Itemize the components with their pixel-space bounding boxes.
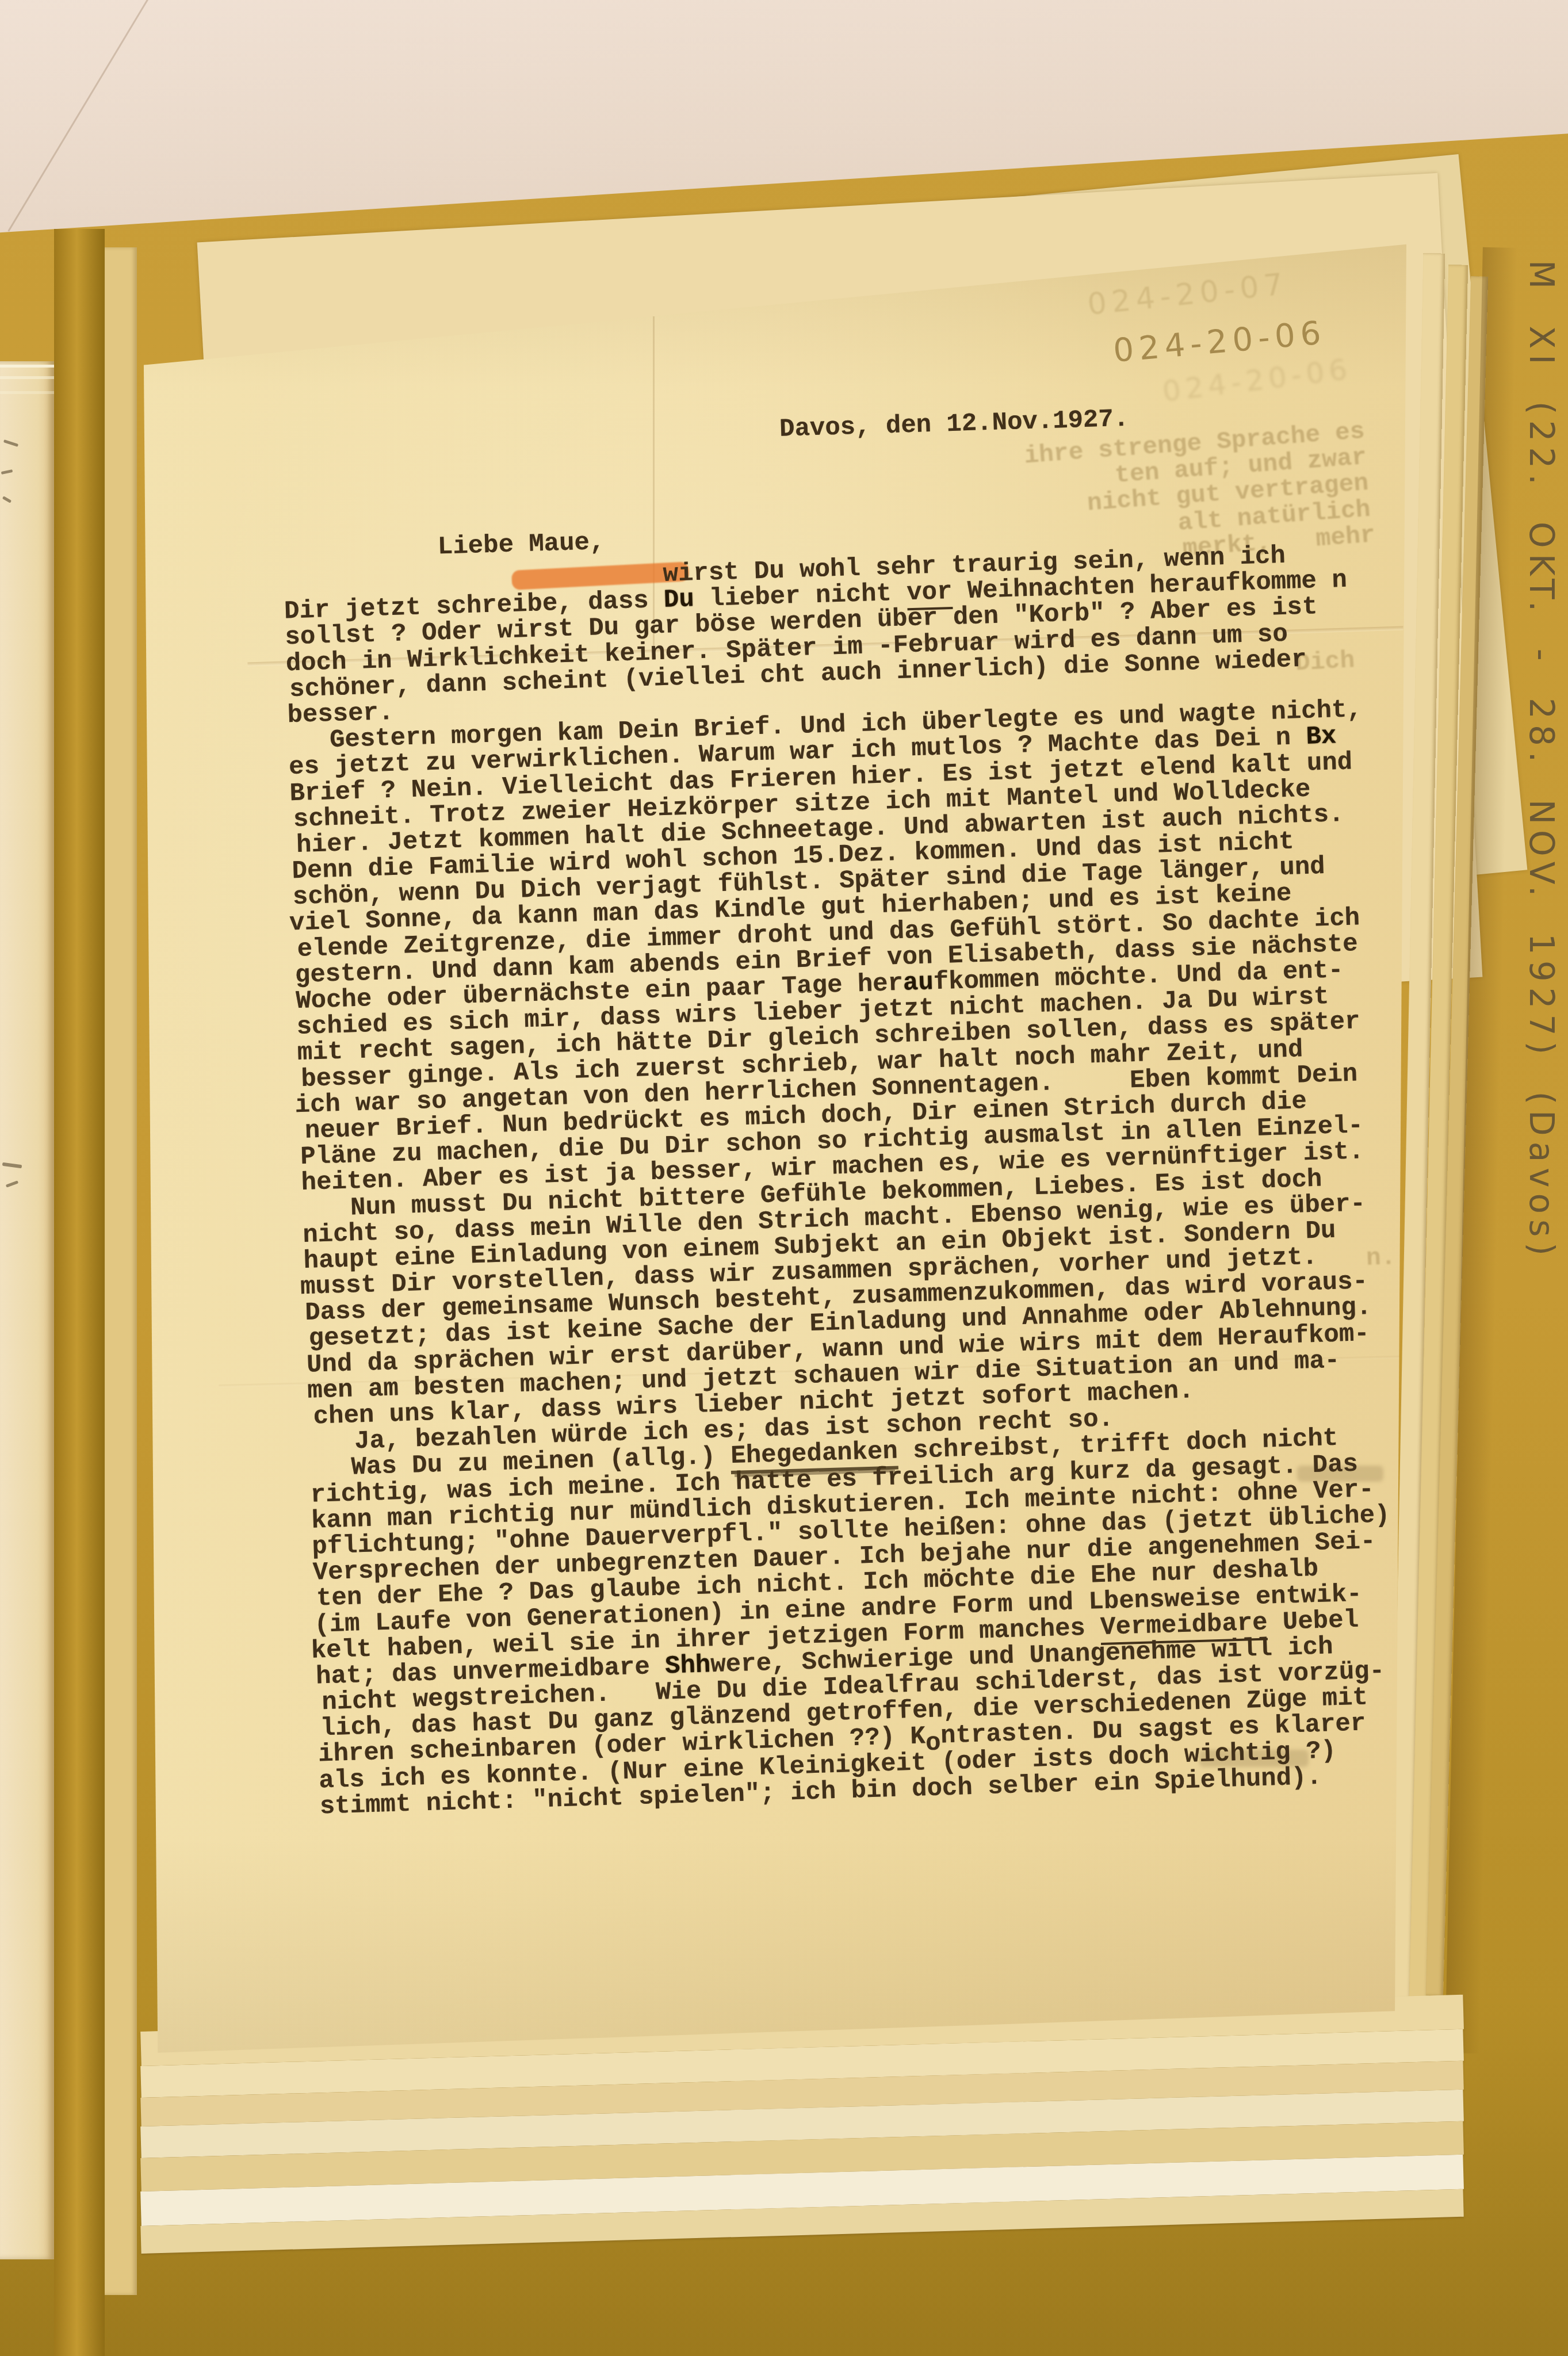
paper-edge xyxy=(0,376,54,379)
paper-edge xyxy=(0,391,54,394)
paper-edge xyxy=(0,365,54,368)
folder-fold-band xyxy=(54,229,105,2356)
left-paper-stack xyxy=(0,361,54,2259)
pencil-mark xyxy=(2,496,12,503)
letter-salutation: Liebe Maue, xyxy=(437,528,605,562)
letter-body: wirst Du wohl sehr traurig sein, wenn ic… xyxy=(283,541,1398,1820)
pencil-mark xyxy=(1,469,13,475)
pencil-mark xyxy=(6,1180,18,1187)
folder-margin-note: M XI (22. OKT. - 28. NOV. 1927) (Davos) xyxy=(1475,260,1561,1508)
under-sheet-left-edge xyxy=(105,247,137,2295)
pencil-mark xyxy=(3,439,18,447)
letter-sheet: 024-20-07 024-20-06 024-20-06 ihre stren… xyxy=(132,242,1406,2056)
pencil-mark xyxy=(2,1162,22,1169)
photo-of-letter: 024-20-07 024-20-06 024-20-06 ihre stren… xyxy=(0,0,1568,2356)
